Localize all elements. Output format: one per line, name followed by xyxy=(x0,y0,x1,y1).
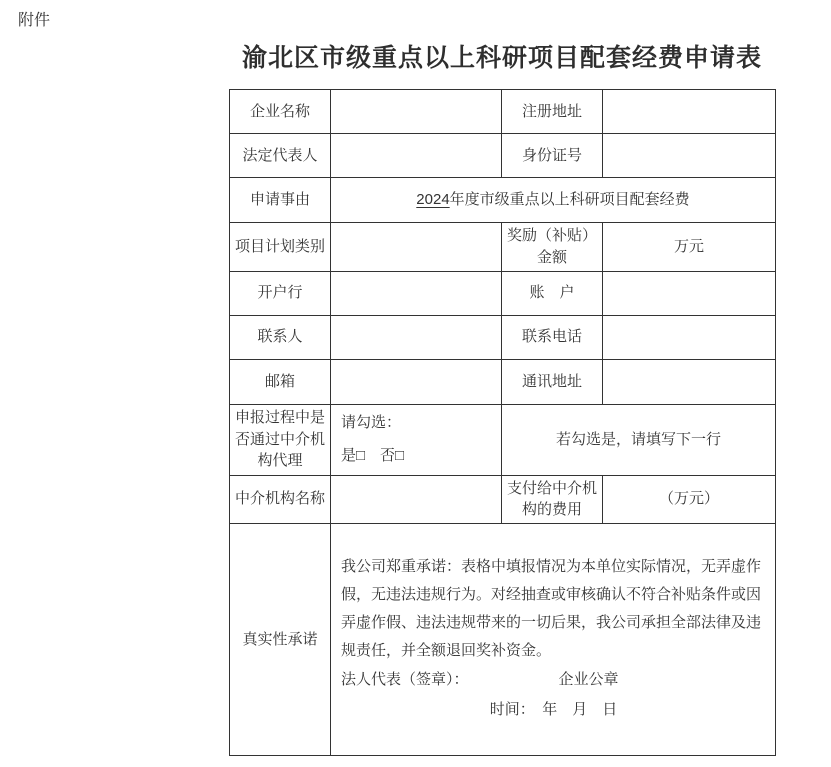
agency-note-cell: 若勾选是，请填写下一行 xyxy=(502,404,776,475)
table-row-agency-name: 中介机构名称 支付给中介机构的费用 （万元） xyxy=(230,475,776,524)
date-line: 时间： 年 月 日 xyxy=(341,696,766,724)
bank-label: 开户行 xyxy=(230,271,331,315)
table-row-bank: 开户行 账 户 xyxy=(230,271,776,315)
bank-value-cell xyxy=(331,271,502,315)
commitment-statement: 我公司郑重承诺：表格中填报情况为本单位实际情况，无弄虚作假，无违法违规行为。对经… xyxy=(341,553,766,665)
project-plan-category-value-cell xyxy=(331,223,502,272)
company-name-label: 企业名称 xyxy=(230,90,331,134)
application-form-table: 企业名称 注册地址 法定代表人 身份证号 申请事由 2024年度市级重点以上科研… xyxy=(229,89,776,756)
agency-yes-no-options: 是□ 否□ xyxy=(341,445,497,467)
authenticity-label: 真实性承诺 xyxy=(230,524,331,756)
table-row-company: 企业名称 注册地址 xyxy=(230,90,776,134)
agency-fee-unit-cell: （万元） xyxy=(603,475,776,524)
application-reason-text: 年度市级重点以上科研项目配套经费 xyxy=(450,191,690,208)
table-row-authenticity: 真实性承诺 我公司郑重承诺：表格中填报情况为本单位实际情况，无弄虚作假，无违法违… xyxy=(230,524,776,756)
agency-fee-label: 支付给中介机构的费用 xyxy=(502,475,603,524)
table-row-project-category: 项目计划类别 奖励（补贴）金额 万元 xyxy=(230,223,776,272)
contact-phone-value-cell xyxy=(603,315,776,359)
application-reason-label: 申请事由 xyxy=(230,178,331,223)
authenticity-content-cell: 我公司郑重承诺：表格中填报情况为本单位实际情况，无弄虚作假，无违法违规行为。对经… xyxy=(331,524,776,756)
account-label: 账 户 xyxy=(502,271,603,315)
id-number-label: 身份证号 xyxy=(502,134,603,178)
application-reason-value-cell: 2024年度市级重点以上科研项目配套经费 xyxy=(331,178,776,223)
table-row-email: 邮箱 通讯地址 xyxy=(230,359,776,404)
contact-person-label: 联系人 xyxy=(230,315,331,359)
contact-phone-label: 联系电话 xyxy=(502,315,603,359)
award-amount-label: 奖励（补贴）金额 xyxy=(502,223,603,272)
table-row-contact: 联系人 联系电话 xyxy=(230,315,776,359)
page-title: 渝北区市级重点以上科研项目配套经费申请表 xyxy=(229,38,775,74)
application-reason-year: 2024 xyxy=(416,191,449,208)
agency-name-label: 中介机构名称 xyxy=(230,475,331,524)
id-number-value-cell xyxy=(603,134,776,178)
registered-address-value-cell xyxy=(603,90,776,134)
legal-representative-value-cell xyxy=(331,134,502,178)
agency-tick-prompt: 请勾选： xyxy=(341,412,497,434)
project-plan-category-label: 项目计划类别 xyxy=(230,223,331,272)
table-row-application-reason: 申请事由 2024年度市级重点以上科研项目配套经费 xyxy=(230,178,776,223)
contact-person-value-cell xyxy=(331,315,502,359)
award-amount-unit-cell: 万元 xyxy=(603,223,776,272)
legal-representative-label: 法定代表人 xyxy=(230,134,331,178)
email-value-cell xyxy=(331,359,502,404)
legal-rep-signature-label: 法人代表（签章）： xyxy=(341,671,469,688)
mailing-address-label: 通讯地址 xyxy=(502,359,603,404)
agency-name-value-cell xyxy=(331,475,502,524)
company-name-value-cell xyxy=(331,90,502,134)
signature-line: 法人代表（签章）：企业公章 xyxy=(341,666,766,694)
table-row-agency-question: 申报过程中是否通过中介机构代理 请勾选： 是□ 否□ 若勾选是，请填写下一行 xyxy=(230,404,776,475)
agency-question-label: 申报过程中是否通过中介机构代理 xyxy=(230,404,331,475)
application-document: 渝北区市级重点以上科研项目配套经费申请表 企业名称 注册地址 法定代表人 身份证… xyxy=(229,38,775,756)
attachment-label: 附件 xyxy=(18,7,50,30)
company-seal-label: 企业公章 xyxy=(559,671,619,688)
account-value-cell xyxy=(603,271,776,315)
agency-tick-cell: 请勾选： 是□ 否□ xyxy=(331,404,502,475)
table-row-legal-rep: 法定代表人 身份证号 xyxy=(230,134,776,178)
mailing-address-value-cell xyxy=(603,359,776,404)
email-label: 邮箱 xyxy=(230,359,331,404)
registered-address-label: 注册地址 xyxy=(502,90,603,134)
